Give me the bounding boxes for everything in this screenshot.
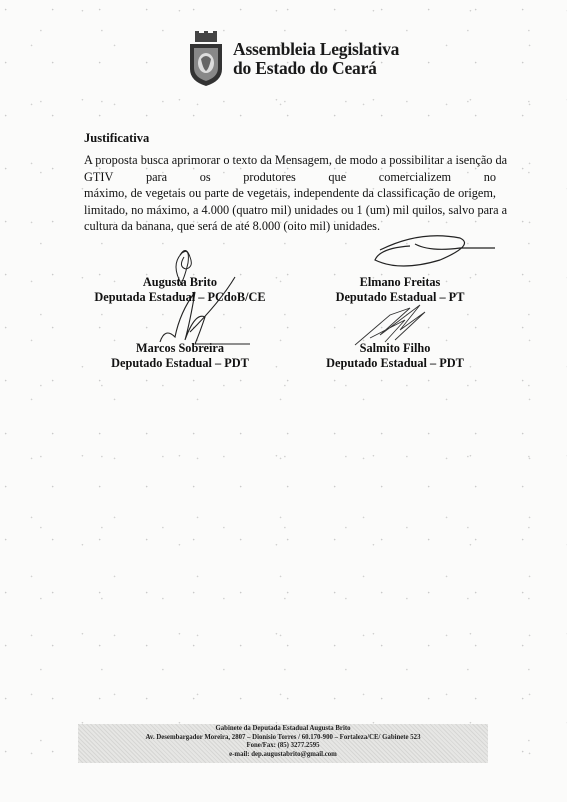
coat-of-arms-icon <box>187 31 225 87</box>
word: para <box>146 169 167 186</box>
paragraph-line: A proposta busca aprimorar o texto da Me… <box>84 152 496 169</box>
signer-name: Marcos Sobreira <box>70 341 290 356</box>
letterhead: Assembleia Legislativa do Estado do Cear… <box>187 31 399 87</box>
footer-contact-block: Gabinete da Deputada Estadual Augusta Br… <box>78 724 488 763</box>
signer-role: Deputado Estadual – PDT <box>285 356 505 371</box>
signer-name: Augusta Brito <box>70 275 290 290</box>
word: GTIV <box>84 169 113 186</box>
footer-email: e-mail: dep.augustabrito@gmail.com <box>78 751 488 760</box>
word: que <box>328 169 346 186</box>
justification-paragraph: A proposta busca aprimorar o texto da Me… <box>84 152 496 235</box>
word: os <box>200 169 211 186</box>
footer-address: Av. Desembargador Moreira, 2807 – Dionís… <box>78 734 488 743</box>
footer-office: Gabinete da Deputada Estadual Augusta Br… <box>78 725 488 734</box>
paragraph-line: limitado, no máximo, a 4.000 (quatro mil… <box>84 202 496 219</box>
word: produtores <box>243 169 296 186</box>
signer-role: Deputado Estadual – PDT <box>70 356 290 371</box>
signer-role: Deputado Estadual – PT <box>290 290 510 305</box>
section-title: Justificativa <box>84 131 149 146</box>
paragraph-line: cultura da banana, que será de até 8.000… <box>84 218 496 235</box>
signature-block: Marcos Sobreira Deputado Estadual – PDT <box>70 341 290 371</box>
signer-name: Salmito Filho <box>285 341 505 356</box>
paragraph-line: máximo, de vegetais ou parte de vegetais… <box>84 185 496 202</box>
word: no <box>484 169 496 186</box>
signer-role: Deputada Estadual – PCdoB/CE <box>70 290 290 305</box>
institution-name-line2: do Estado do Ceará <box>233 59 399 78</box>
paragraph-line: GTIVparaosprodutoresquecomercializemno <box>84 169 496 186</box>
scan-noise <box>0 0 567 802</box>
footer-phone: Fone/Fax: (85) 3277.2595 <box>78 742 488 751</box>
word: comercializem <box>379 169 451 186</box>
signature-block: Augusta Brito Deputada Estadual – PCdoB/… <box>70 275 290 305</box>
signature-block: Salmito Filho Deputado Estadual – PDT <box>285 341 505 371</box>
signer-name: Elmano Freitas <box>290 275 510 290</box>
institution-name-line1: Assembleia Legislativa <box>233 40 399 59</box>
signature-block: Elmano Freitas Deputado Estadual – PT <box>290 275 510 305</box>
handwritten-signature-elmano <box>360 230 500 275</box>
